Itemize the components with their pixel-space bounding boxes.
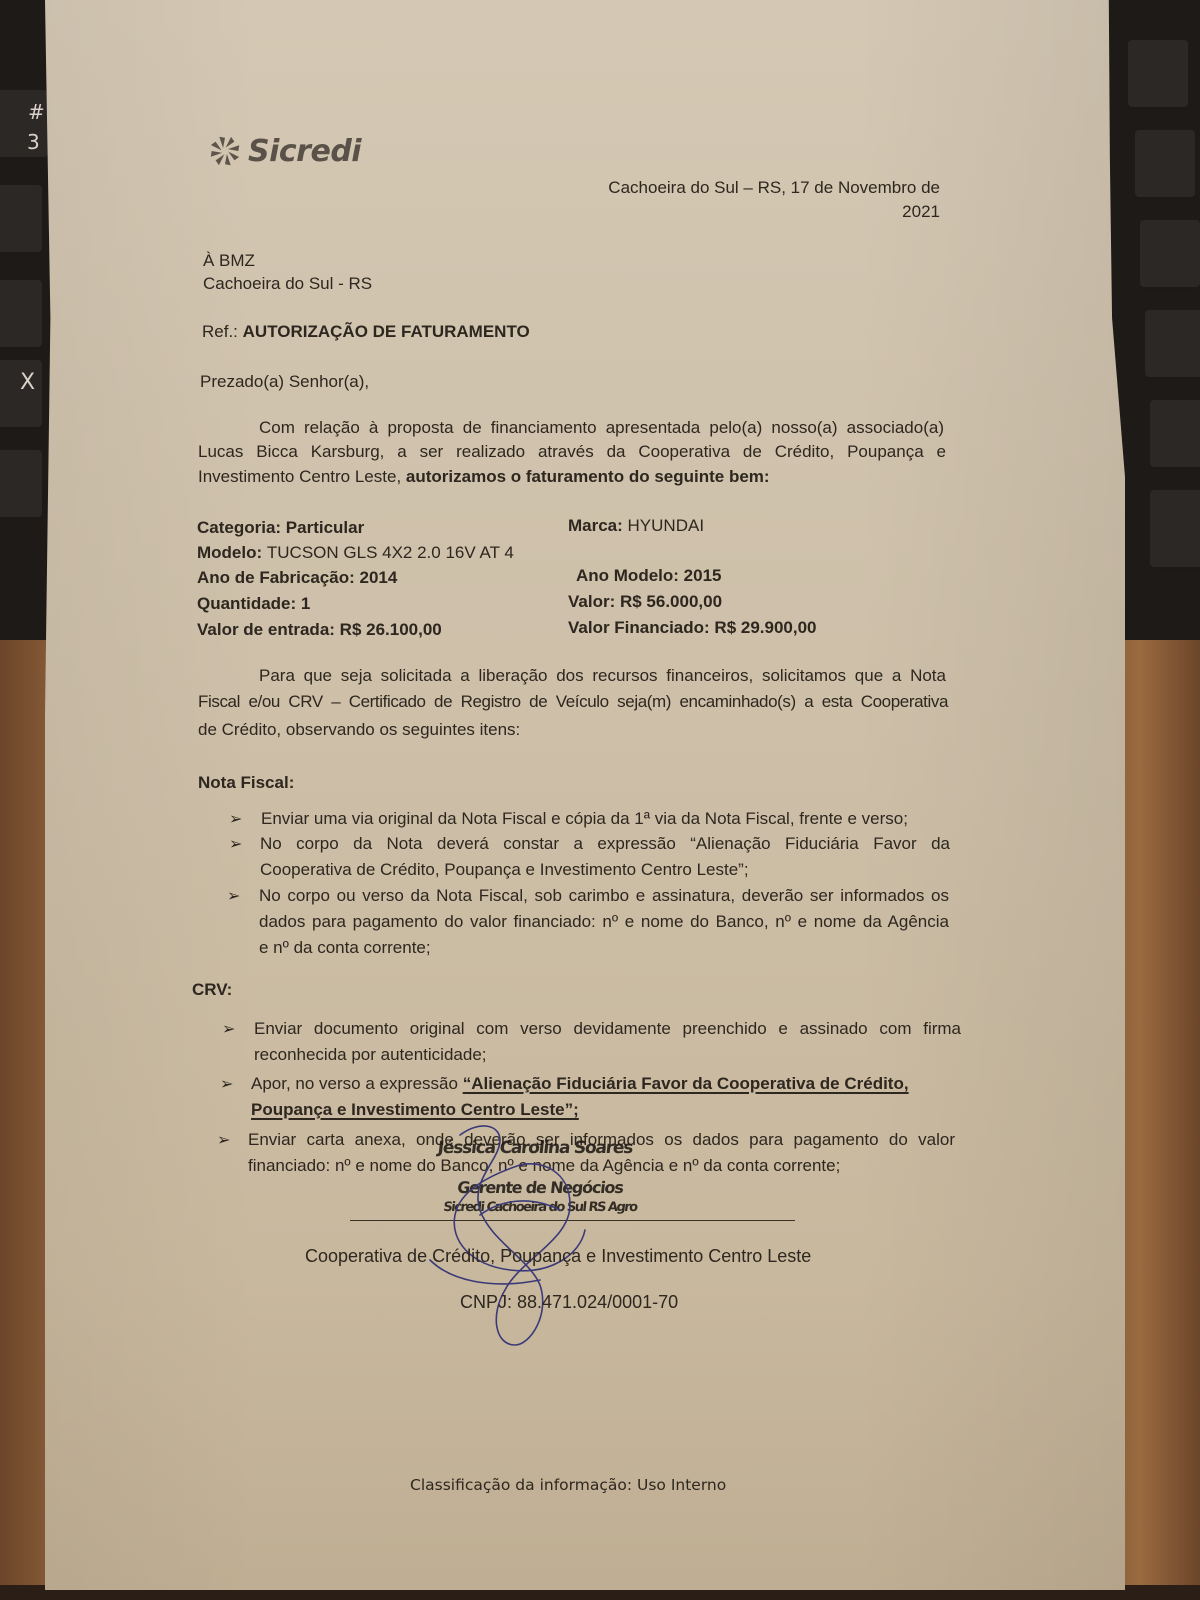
vehicle-field-label: Ano de Fabricação: — [197, 568, 359, 587]
recipient-name: À BMZ — [203, 249, 255, 273]
vehicle-field: Modelo: TUCSON GLS 4X2 2.0 16V AT 4 — [197, 541, 514, 565]
intro-line-3-bold: autorizamos o faturamento do seguinte be… — [406, 467, 770, 486]
vehicle-field-value: 2014 — [359, 568, 397, 587]
vehicle-field-label: Ano Modelo: — [576, 566, 684, 585]
list-item-line: Cooperativa de Crédito, Poupança e Inves… — [260, 858, 749, 882]
date-line-1: Cachoeira do Sul – RS, 17 de Novembro de — [605, 176, 940, 200]
vehicle-field: Valor Financiado: R$ 29.900,00 — [568, 616, 817, 640]
vehicle-field: Valor: R$ 56.000,00 — [568, 590, 722, 614]
vehicle-field: Categoria: Particular — [197, 516, 364, 540]
date-line-2: 2021 — [605, 200, 940, 224]
intro-line-3-normal: Investimento Centro Leste, — [198, 467, 401, 486]
list-item-line: No corpo ou verso da Nota Fiscal, sob ca… — [259, 884, 949, 908]
intro-line-3: Investimento Centro Leste, autorizamos o… — [198, 465, 770, 489]
reference-prefix: Ref.: — [202, 322, 238, 341]
vehicle-field: Ano de Fabricação: 2014 — [197, 566, 397, 590]
photo-scene: # 3 X — [0, 0, 1200, 1600]
arrowhead-bullet-icon: ➢ — [227, 886, 240, 906]
list-item-line: Enviar uma via original da Nota Fiscal e… — [261, 807, 908, 831]
logo-wordmark: Sicredi — [248, 134, 361, 169]
request-line-1: Para que seja solicitada a liberação dos… — [259, 664, 946, 688]
information-classification: Classificação da informação: Uso Interno — [410, 1473, 726, 1497]
list-item-emphasis: Poupança e Investimento Centro Leste”; — [251, 1098, 579, 1122]
request-line-3: de Crédito, observando os seguintes iten… — [198, 718, 520, 742]
vehicle-field-label: Marca: — [568, 516, 628, 535]
vehicle-field-label: Quantidade: — [197, 594, 301, 613]
vehicle-field: Valor de entrada: R$ 26.100,00 — [197, 618, 442, 642]
list-item-line: Enviar documento original com verso devi… — [254, 1017, 961, 1041]
vehicle-field-label: Valor: — [568, 592, 620, 611]
vehicle-field-label: Categoria: — [197, 518, 286, 537]
vehicle-field-label: Valor Financiado: — [568, 618, 714, 637]
list-item-line: Apor, no verso a expressão “Alienação Fi… — [251, 1072, 909, 1096]
vehicle-field-label: Modelo: — [197, 543, 267, 562]
nota-fiscal-heading: Nota Fiscal: — [198, 771, 294, 795]
vehicle-field-value: 2015 — [684, 566, 722, 585]
reference-line: Ref.: AUTORIZAÇÃO DE FATURAMENTO — [202, 320, 530, 344]
vehicle-field-value: 1 — [301, 594, 310, 613]
list-item-prefix: Apor, no verso a expressão — [251, 1074, 463, 1093]
list-item-line: No corpo da Nota deverá constar a expres… — [260, 832, 950, 856]
signatory-organization: Cooperativa de Crédito, Poupança e Inves… — [305, 1244, 811, 1268]
intro-line-1: Com relação à proposta de financiamento … — [259, 416, 944, 440]
vehicle-field-value: Particular — [286, 518, 364, 537]
arrowhead-bullet-icon: ➢ — [217, 1130, 230, 1150]
arrowhead-bullet-icon: ➢ — [229, 809, 242, 829]
handwritten-signature — [420, 1120, 640, 1360]
letter-document: Sicredi Cachoeira do Sul – RS, 17 de Nov… — [0, 0, 1200, 1600]
list-item-line: e nº da conta corrente; — [259, 936, 431, 960]
arrowhead-bullet-icon: ➢ — [229, 834, 242, 854]
vehicle-field-value: R$ 29.900,00 — [714, 618, 816, 637]
vehicle-field-label: Valor de entrada: — [197, 620, 340, 639]
recipient-city: Cachoeira do Sul - RS — [203, 272, 372, 296]
vehicle-field-value: R$ 56.000,00 — [620, 592, 722, 611]
vehicle-field-value: HYUNDAI — [628, 516, 705, 535]
arrowhead-bullet-icon: ➢ — [220, 1074, 233, 1094]
arrowhead-bullet-icon: ➢ — [222, 1019, 235, 1039]
sicredi-pinwheel-icon — [206, 132, 244, 170]
intro-line-2: Lucas Bicca Karsburg, a ser realizado at… — [198, 440, 946, 464]
crv-heading: CRV: — [192, 978, 232, 1002]
sicredi-logo: Sicredi — [206, 132, 361, 170]
list-item-emphasis: “Alienação Fiduciária Favor da Cooperati… — [463, 1074, 909, 1093]
signatory-cnpj: CNPJ: 88.471.024/0001-70 — [460, 1290, 678, 1314]
list-item-line: reconhecida por autenticidade; — [254, 1043, 487, 1067]
letter-date: Cachoeira do Sul – RS, 17 de Novembro de… — [605, 176, 940, 224]
vehicle-field: Ano Modelo: 2015 — [576, 564, 721, 588]
vehicle-field: Quantidade: 1 — [197, 592, 310, 616]
vehicle-field-value: R$ 26.100,00 — [340, 620, 442, 639]
vehicle-field: Marca: HYUNDAI — [568, 514, 704, 538]
list-item-line: dados para pagamento do valor financiado… — [259, 910, 949, 934]
greeting: Prezado(a) Senhor(a), — [200, 370, 369, 394]
vehicle-field-value: TUCSON GLS 4X2 2.0 16V AT 4 — [267, 543, 514, 562]
request-line-2: Fiscal e/ou CRV – Certificado de Registr… — [198, 690, 948, 714]
reference-subject: AUTORIZAÇÃO DE FATURAMENTO — [243, 322, 530, 341]
